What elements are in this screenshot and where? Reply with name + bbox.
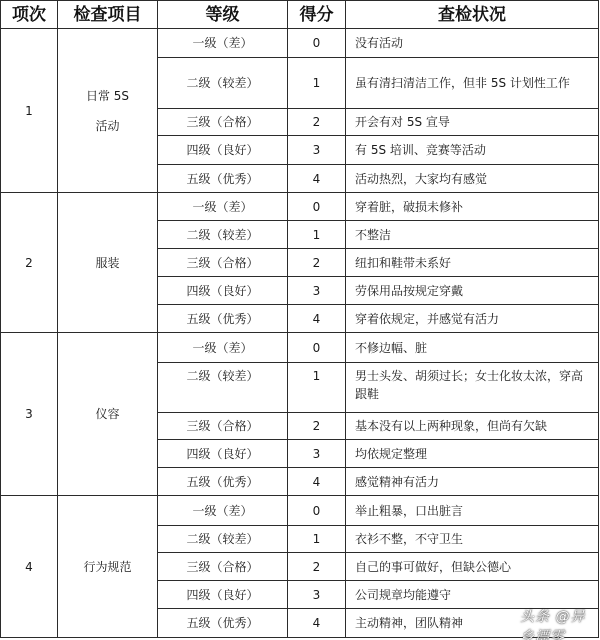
group-item: 日常 5S活动 bbox=[58, 29, 158, 193]
score-cell: 4 bbox=[288, 165, 346, 193]
group-item-line: 日常 5S bbox=[86, 89, 129, 103]
status-cell: 活动热烈，大家均有感觉 bbox=[346, 165, 599, 193]
level-cell: 二级（较差） bbox=[158, 526, 288, 553]
level-cell: 四级（良好） bbox=[158, 440, 288, 468]
group-item: 行为规范 bbox=[58, 496, 158, 638]
score-cell: 2 bbox=[288, 249, 346, 277]
level-cell: 三级（合格） bbox=[158, 249, 288, 277]
score-cell: 0 bbox=[288, 333, 346, 363]
table-row: 3 仪容 一级（差） 0 不修边幅、脏 bbox=[1, 333, 599, 363]
score-cell: 2 bbox=[288, 109, 346, 136]
status-cell: 衣衫不整，不守卫生 bbox=[346, 526, 599, 553]
score-cell: 1 bbox=[288, 58, 346, 109]
group-no: 1 bbox=[1, 29, 58, 193]
score-cell: 4 bbox=[288, 305, 346, 333]
status-cell: 穿着依规定，并感觉有活力 bbox=[346, 305, 599, 333]
score-cell: 3 bbox=[288, 136, 346, 165]
status-cell: 纽扣和鞋带未系好 bbox=[346, 249, 599, 277]
header-item: 检查项目 bbox=[58, 1, 158, 29]
score-cell: 0 bbox=[288, 29, 346, 58]
score-cell: 4 bbox=[288, 609, 346, 638]
header-no: 项次 bbox=[1, 1, 58, 29]
score-cell: 2 bbox=[288, 413, 346, 440]
header-row: 项次 检查项目 等级 得分 查检状况 bbox=[1, 1, 599, 29]
status-cell: 感觉精神有活力 bbox=[346, 468, 599, 496]
group-item-line: 活动 bbox=[95, 119, 119, 133]
level-cell: 四级（良好） bbox=[158, 581, 288, 609]
score-cell: 0 bbox=[288, 193, 346, 221]
status-cell: 有 5S 培训、竞赛等活动 bbox=[346, 136, 599, 165]
status-cell: 均依规定整理 bbox=[346, 440, 599, 468]
level-cell: 三级（合格） bbox=[158, 109, 288, 136]
table-row: 4 行为规范 一级（差） 0 举止粗暴，口出脏言 bbox=[1, 496, 599, 526]
status-cell: 劳保用品按规定穿戴 bbox=[346, 277, 599, 305]
score-cell: 3 bbox=[288, 277, 346, 305]
score-cell: 1 bbox=[288, 221, 346, 249]
group-no: 2 bbox=[1, 193, 58, 333]
level-cell: 四级（良好） bbox=[158, 277, 288, 305]
level-cell: 一级（差） bbox=[158, 29, 288, 58]
level-cell: 一级（差） bbox=[158, 496, 288, 526]
level-cell: 二级（较差） bbox=[158, 363, 288, 413]
level-cell: 三级（合格） bbox=[158, 553, 288, 581]
status-cell: 没有活动 bbox=[346, 29, 599, 58]
status-cell: 穿着脏，破损未修补 bbox=[346, 193, 599, 221]
watermark: 头条 @异乡漂零 bbox=[520, 606, 600, 640]
status-cell: 男士头发、胡须过长；女士化妆太浓，穿高跟鞋 bbox=[346, 363, 599, 413]
table-row: 2 服装 一级（差） 0 穿着脏，破损未修补 bbox=[1, 193, 599, 221]
level-cell: 五级（优秀） bbox=[158, 609, 288, 638]
score-cell: 2 bbox=[288, 553, 346, 581]
inspection-table: 项次 检查项目 等级 得分 查检状况 1 日常 5S活动 一级（差） 0 没有活… bbox=[0, 0, 599, 638]
status-cell: 开会有对 5S 宣导 bbox=[346, 109, 599, 136]
score-cell: 1 bbox=[288, 363, 346, 413]
header-status: 查检状况 bbox=[346, 1, 599, 29]
status-cell: 公司规章均能遵守 bbox=[346, 581, 599, 609]
group-item: 仪容 bbox=[58, 333, 158, 496]
status-cell: 举止粗暴，口出脏言 bbox=[346, 496, 599, 526]
level-cell: 五级（优秀） bbox=[158, 305, 288, 333]
status-cell: 不修边幅、脏 bbox=[346, 333, 599, 363]
header-level: 等级 bbox=[158, 1, 288, 29]
group-no: 4 bbox=[1, 496, 58, 638]
level-cell: 二级（较差） bbox=[158, 221, 288, 249]
level-cell: 五级（优秀） bbox=[158, 165, 288, 193]
status-cell: 虽有清扫清洁工作，但非 5S 计划性工作 bbox=[346, 58, 599, 109]
group-no: 3 bbox=[1, 333, 58, 496]
level-cell: 五级（优秀） bbox=[158, 468, 288, 496]
group-item: 服装 bbox=[58, 193, 158, 333]
status-cell: 自己的事可做好，但缺公德心 bbox=[346, 553, 599, 581]
header-score: 得分 bbox=[288, 1, 346, 29]
score-cell: 3 bbox=[288, 581, 346, 609]
status-cell: 不整洁 bbox=[346, 221, 599, 249]
level-cell: 三级（合格） bbox=[158, 413, 288, 440]
status-cell: 基本没有以上两种现象，但尚有欠缺 bbox=[346, 413, 599, 440]
level-cell: 一级（差） bbox=[158, 193, 288, 221]
score-cell: 0 bbox=[288, 496, 346, 526]
score-cell: 4 bbox=[288, 468, 346, 496]
score-cell: 3 bbox=[288, 440, 346, 468]
level-cell: 四级（良好） bbox=[158, 136, 288, 165]
score-cell: 1 bbox=[288, 526, 346, 553]
level-cell: 二级（较差） bbox=[158, 58, 288, 109]
level-cell: 一级（差） bbox=[158, 333, 288, 363]
table-row: 1 日常 5S活动 一级（差） 0 没有活动 bbox=[1, 29, 599, 58]
